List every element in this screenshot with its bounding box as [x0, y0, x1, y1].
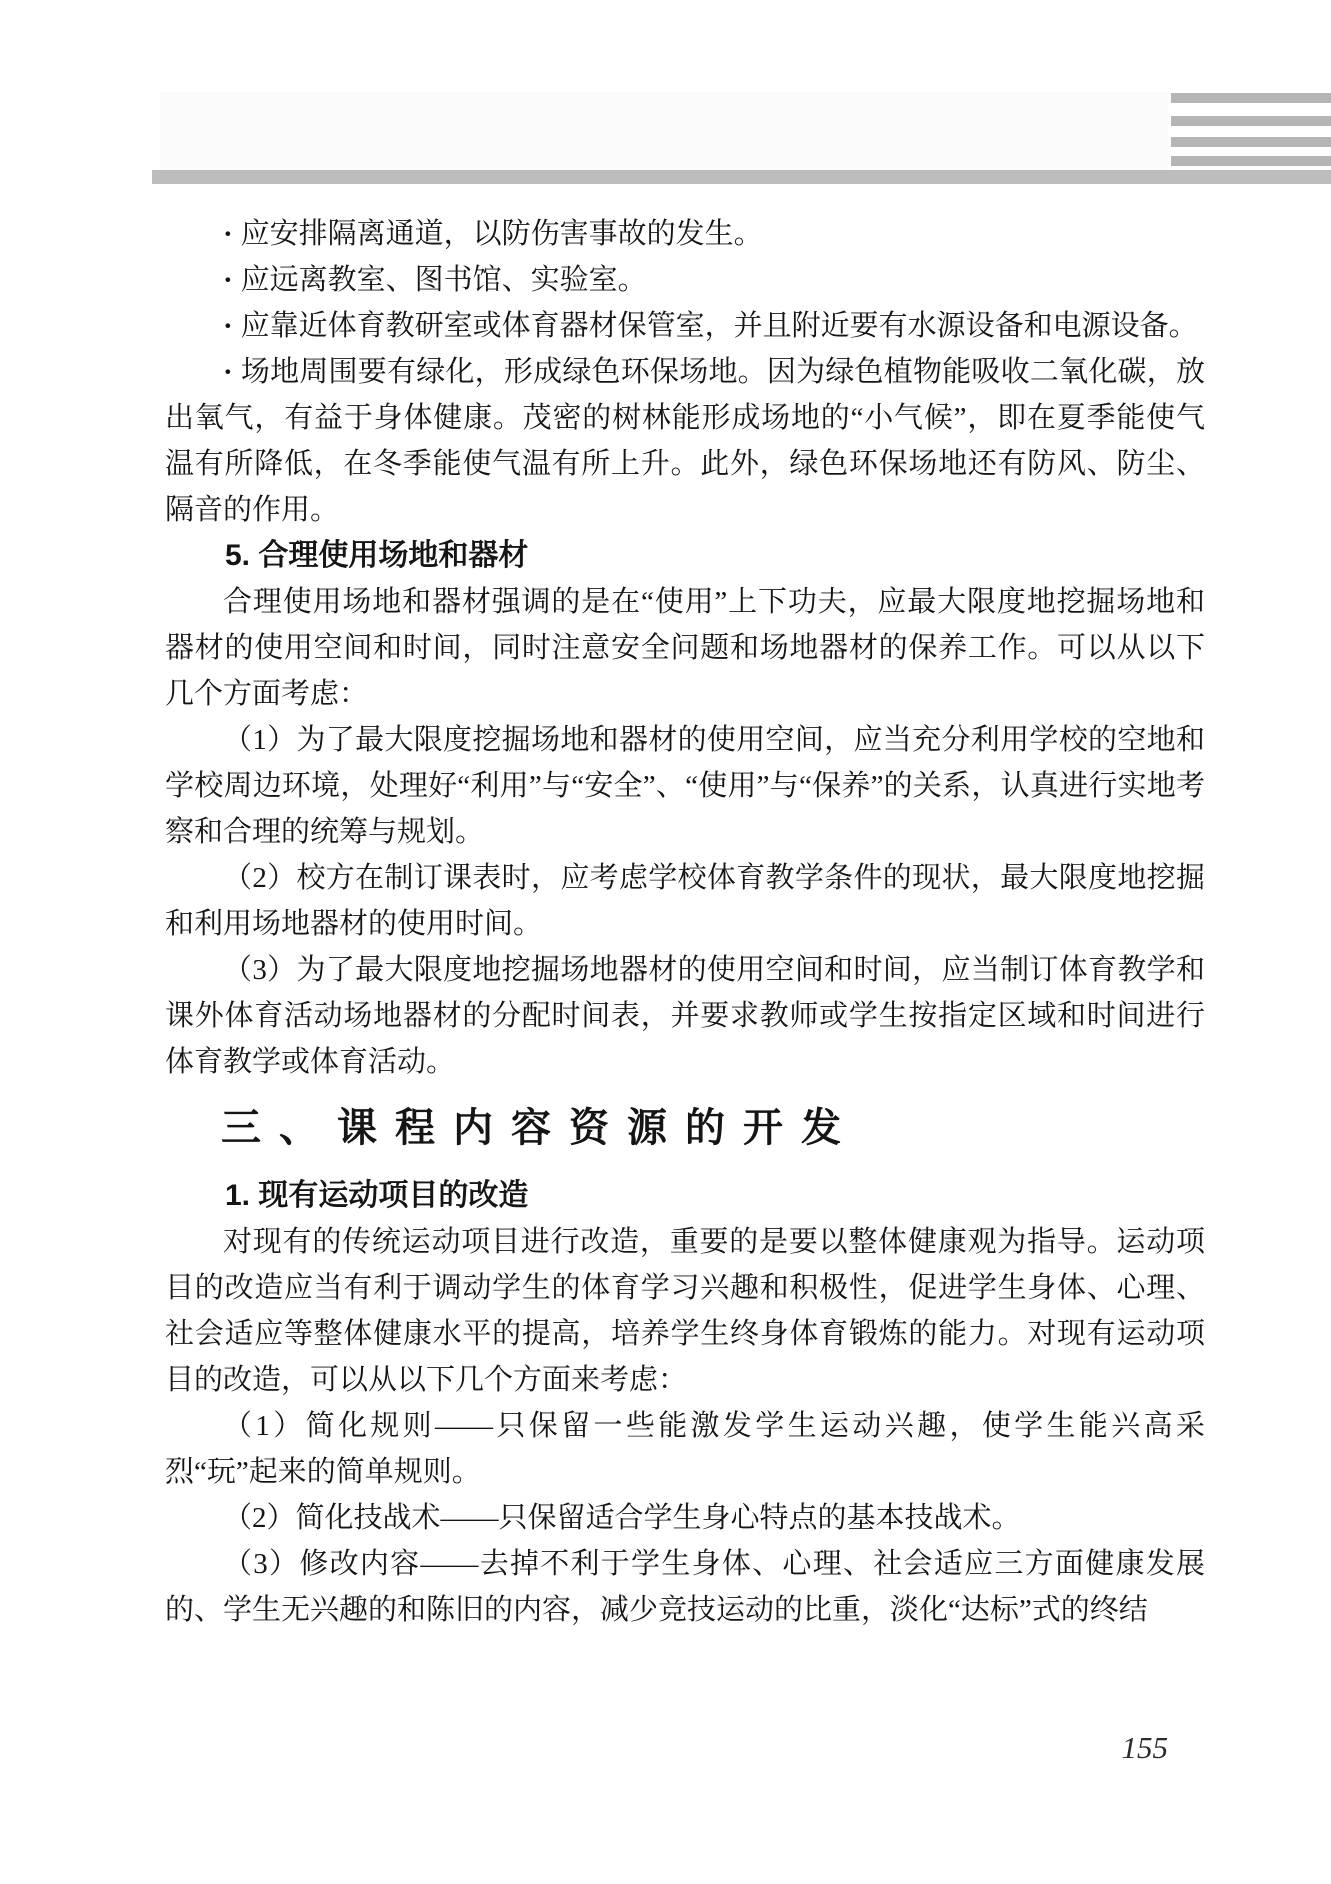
section5-item: （2）校方在制订课表时，应考虑学校体育教学条件的现状，最大限度地挖掘和利用场地器… — [165, 855, 1205, 947]
page-number: 155 — [1122, 1730, 1169, 1766]
section1-item: （2）简化技战术——只保留适合学生身心特点的基本技战术。 — [165, 1495, 1205, 1541]
section1-item: （3）修改内容——去掉不利于学生身体、心理、社会适应三方面健康发展的、学生无兴趣… — [165, 1541, 1205, 1633]
section5-item: （1）为了最大限度挖掘场地和器材的使用空间，应当充分利用学校的空地和学校周边环境… — [165, 717, 1205, 855]
section3-heading: 三、课程内容资源的开发 — [165, 1099, 1205, 1157]
bullet-dot-icon: · — [223, 264, 233, 296]
header-accent-bar — [1171, 137, 1331, 147]
section1-intro: 对现有的传统运动项目进行改造，重要的是要以整体健康观为指导。运动项目的改造应当有… — [165, 1219, 1205, 1403]
section1-heading: 1. 现有运动项目的改造 — [165, 1173, 1205, 1219]
book-page: ·应安排隔离通道，以防伤害事故的发生。 ·应远离教室、图书馆、实验室。 ·应靠近… — [0, 0, 1331, 1884]
section5-intro: 合理使用场地和器材强调的是在“使用”上下功夫，应最大限度地挖掘场地和器材的使用空… — [165, 579, 1205, 717]
bullet-text: 应安排隔离通道，以防伤害事故的发生。 — [241, 218, 763, 250]
bullet-item: ·场地周围要有绿化，形成绿色环保场地。因为绿色植物能吸收二氧化碳，放出氧气，有益… — [165, 349, 1205, 533]
header-accent-bar — [1171, 116, 1331, 126]
bullet-dot-icon: · — [223, 356, 233, 388]
bullet-dot-icon: · — [223, 310, 233, 342]
section5-item: （3）为了最大限度地挖掘场地器材的使用空间和时间，应当制订体育教学和课外体育活动… — [165, 947, 1205, 1085]
header-panel — [160, 92, 1168, 170]
page-content: ·应安排隔离通道，以防伤害事故的发生。 ·应远离教室、图书馆、实验室。 ·应靠近… — [165, 211, 1205, 1633]
bullet-text: 应远离教室、图书馆、实验室。 — [241, 264, 647, 296]
section5-heading: 5. 合理使用场地和器材 — [165, 533, 1205, 579]
header-rule-bar — [152, 170, 1331, 184]
bullet-text: 应靠近体育教研室或体育器材保管室，并且附近要有水源设备和电源设备。 — [241, 310, 1198, 342]
header-accent-bar — [1171, 93, 1331, 103]
bullet-item: ·应靠近体育教研室或体育器材保管室，并且附近要有水源设备和电源设备。 — [165, 303, 1205, 349]
bullet-item: ·应安排隔离通道，以防伤害事故的发生。 — [165, 211, 1205, 257]
header-accent-bar — [1171, 156, 1331, 166]
section1-item: （1）简化规则——只保留一些能激发学生运动兴趣，使学生能兴高采烈“玩”起来的简单… — [165, 1403, 1205, 1495]
bullet-dot-icon: · — [223, 218, 233, 250]
bullet-text: 场地周围要有绿化，形成绿色环保场地。因为绿色植物能吸收二氧化碳，放出氧气，有益于… — [165, 356, 1205, 526]
bullet-item: ·应远离教室、图书馆、实验室。 — [165, 257, 1205, 303]
